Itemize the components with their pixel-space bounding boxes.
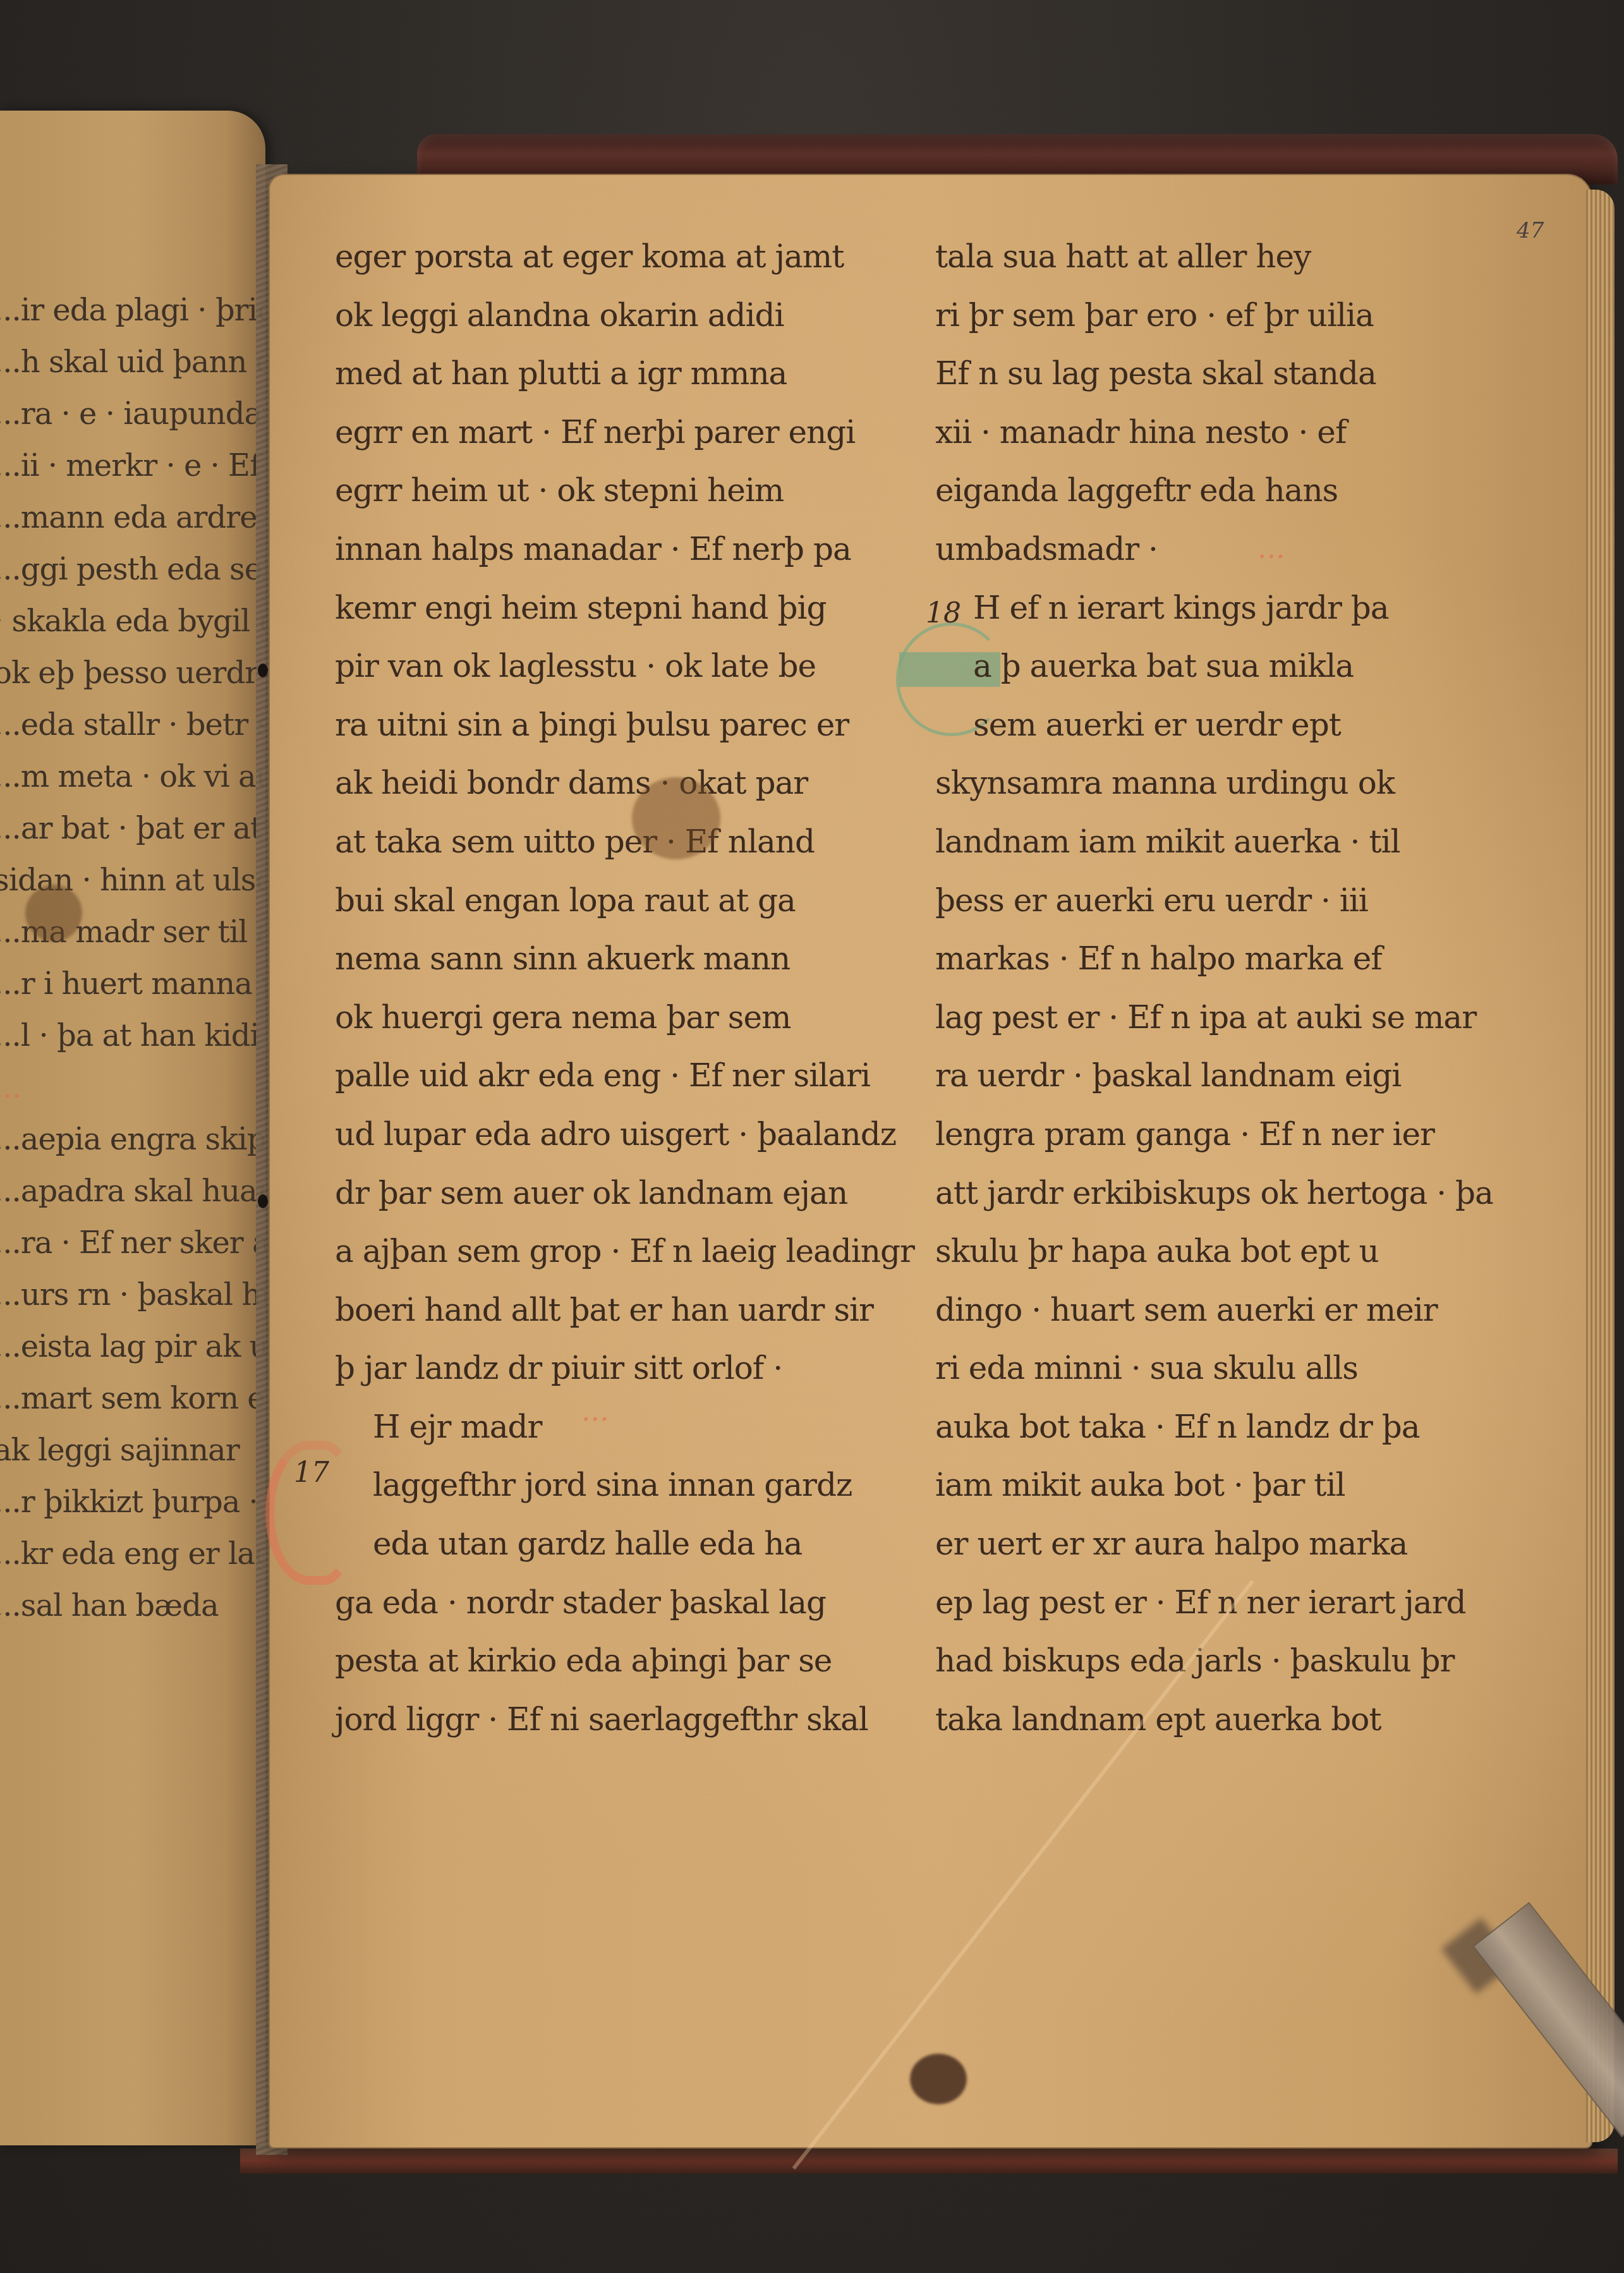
folio-number: 47	[1517, 218, 1544, 243]
ms-line: egrr heim ut · ok stepni heim	[335, 461, 914, 520]
ms-line: lag pest er · Ef n ipa at auki se mar	[935, 988, 1493, 1047]
verso-line: ...mart sem korn eda	[0, 1373, 265, 1424]
verso-line: ...mann eda ardre eda herja	[0, 492, 265, 543]
ms-line: tala sua hatt at aller hey	[935, 227, 1493, 286]
ms-line: pesta at kirkio eda aþingi þar se	[335, 1632, 914, 1690]
verso-line: ...urs rn · þaskal hinn	[0, 1269, 265, 1321]
ms-line: ud lupar eda adro uisgert · þaalandz	[335, 1105, 914, 1164]
verso-line: ...r þikkizt þurpa · ef	[0, 1476, 265, 1528]
text-column-left: eger porsta at eger koma at jamt ok legg…	[335, 227, 914, 1749]
verso-line: · skakla eda bygil eda ha	[0, 595, 265, 647]
ms-line: sem auerki er uerdr ept	[935, 696, 1493, 755]
ms-line: nema sann sinn akuerk mann	[335, 930, 914, 988]
verso-line: ...ii · merkr · e · Ef ner tra spillu	[0, 440, 265, 492]
verso-line: ...r i huert manna marka	[0, 958, 265, 1010]
ink-blot	[910, 2054, 967, 2104]
ms-line: H ejr madr	[335, 1398, 914, 1457]
sewing-hole	[258, 1194, 268, 1208]
verso-line: ...ra · e · iaupundar bat · ef n	[0, 388, 265, 440]
ms-line: bui skal engan lopa raut at ga	[335, 871, 914, 930]
verso-line: ...eda stallr · betr sem skip	[0, 699, 265, 751]
ms-line: lengra pram ganga · Ef n ner ier	[935, 1105, 1493, 1164]
ms-line: had biskups eda jarls · þaskulu þr	[935, 1632, 1493, 1690]
verso-line: ...kr eda eng er lag	[0, 1528, 265, 1580]
ms-line: auka bot taka · Ef n landz dr þa	[935, 1398, 1493, 1457]
ms-line: eiganda laggeftr eda hans	[935, 461, 1493, 520]
ms-line: iam mikit auka bot · þar til	[935, 1456, 1493, 1515]
verso-stain	[25, 885, 82, 942]
ms-line: umbadsmadr ·	[935, 520, 1493, 579]
verso-text: ...ir eda plagi · þrighilldi þar ...h sk…	[0, 284, 265, 1632]
ms-line: H ef n ierart kings jardr þa	[935, 579, 1493, 638]
verso-line: ...ggi pesth eda sela barns a	[0, 543, 265, 595]
verso-line: ...eista lag pir ak uerd	[0, 1321, 265, 1373]
water-stain	[632, 777, 720, 859]
ms-line: skynsamra manna urdingu ok	[935, 754, 1493, 813]
ms-line: med at han plutti a igr mmna	[335, 344, 914, 403]
ms-line: innan halps manadar · Ef nerþ pa	[335, 520, 914, 579]
ms-line: ri þr sem þar ero · ef þr uilia	[935, 286, 1493, 345]
ms-line: skulu þr hapa auka bot ept u	[935, 1222, 1493, 1281]
verso-line: ...l · þa at han kidi ecka	[0, 1010, 265, 1062]
ms-line: ra uerdr · þaskal landnam eigi	[935, 1046, 1493, 1105]
ms-line: ok leggi alandna okarin adidi	[335, 286, 914, 345]
ms-line: a ajþan sem grop · Ef n laeig leadingr	[335, 1222, 914, 1281]
ms-line: laggefthr jord sina innan gardz	[335, 1456, 914, 1515]
verso-line: ...sal han bæda	[0, 1580, 265, 1632]
ms-line: ri eda minni · sua skulu alls	[935, 1339, 1493, 1398]
ms-line: jord liggr · Ef ni saerlaggefthr skal	[335, 1690, 914, 1749]
ms-line: a þ auerka bat sua mikla	[935, 637, 1493, 696]
verso-line: ak leggi sajinnar	[0, 1424, 265, 1476]
ms-line: egrr en mart · Ef nerþi parer engi	[335, 403, 914, 462]
ms-line: ra uitni sin a þingi þulsu parec er	[335, 696, 914, 755]
ms-line: dingo · huart sem auerki er meir	[935, 1281, 1493, 1340]
verso-line: ...ra · Ef ner sker akr eda	[0, 1217, 265, 1269]
sewing-hole	[258, 664, 268, 677]
verso-line: ok eþ þesso uerdr eina	[0, 647, 265, 699]
ms-line: ak heidi bondr dams · okat par	[335, 754, 914, 813]
ms-line: þess er auerki eru uerdr · iii	[935, 871, 1493, 930]
ms-line: att jardr erkibiskups ok hertoga · þa	[935, 1164, 1493, 1223]
ms-line: landnam iam mikit auerka · til	[935, 813, 1493, 871]
ms-line: eda utan gardz halle eda ha	[335, 1515, 914, 1573]
ms-line: ga eda · nordr stader þaskal lag	[335, 1573, 914, 1632]
ms-line: er uert er xr aura halpo marka	[935, 1515, 1493, 1573]
verso-line: ...m meta · ok vi aurar	[0, 751, 265, 803]
verso-line: ...ar bat · þat er atte ok	[0, 803, 265, 854]
ms-line: pir van ok laglesstu · ok late be	[335, 637, 914, 696]
chapter-number-17: 17	[294, 1457, 329, 1489]
verso-page: ...ir eda plagi · þrighilldi þar ...h sk…	[0, 111, 265, 2145]
ms-line: Ef n su lag pesta skal standa	[935, 344, 1493, 403]
verso-line: ...h skal uid þann er atter ok	[0, 336, 265, 388]
ms-line: boeri hand allt þat er han uardr sir	[335, 1281, 914, 1340]
ms-line: kemr engi heim stepni hand þig	[335, 579, 914, 638]
ms-line: taka landnam ept auerka bot	[935, 1690, 1493, 1749]
ms-line: dr þar sem auer ok landnam ejan	[335, 1164, 914, 1223]
verso-line: ...apadra skal huanger	[0, 1165, 265, 1217]
leather-binding-bottom	[240, 2149, 1618, 2174]
ms-line: þ jar landz dr piuir sitt orlof ·	[335, 1339, 914, 1398]
ms-line: xii · manadr hina nesto · ef	[935, 403, 1493, 462]
verso-line: ...aepia engra skipar	[0, 1113, 265, 1165]
ms-line: markas · Ef n halpo marka ef	[935, 930, 1493, 988]
ms-line: ep lag pest er · Ef n ner ierart jard	[935, 1573, 1493, 1632]
verso-rubric-line: ...	[0, 1062, 265, 1113]
ms-line: eger porsta at eger koma at jamt	[335, 227, 914, 286]
text-column-right: tala sua hatt at aller hey ri þr sem þar…	[935, 227, 1493, 1749]
ms-line: at taka sem uitto per · Ef nland	[335, 813, 914, 871]
verso-line: ...ir eda plagi · þrighilldi þar	[0, 284, 265, 336]
ms-line: palle uid akr eda eng · Ef ner silari	[335, 1046, 914, 1105]
ms-line: ok huergi gera nema þar sem	[335, 988, 914, 1047]
page-edges	[1586, 190, 1615, 2142]
